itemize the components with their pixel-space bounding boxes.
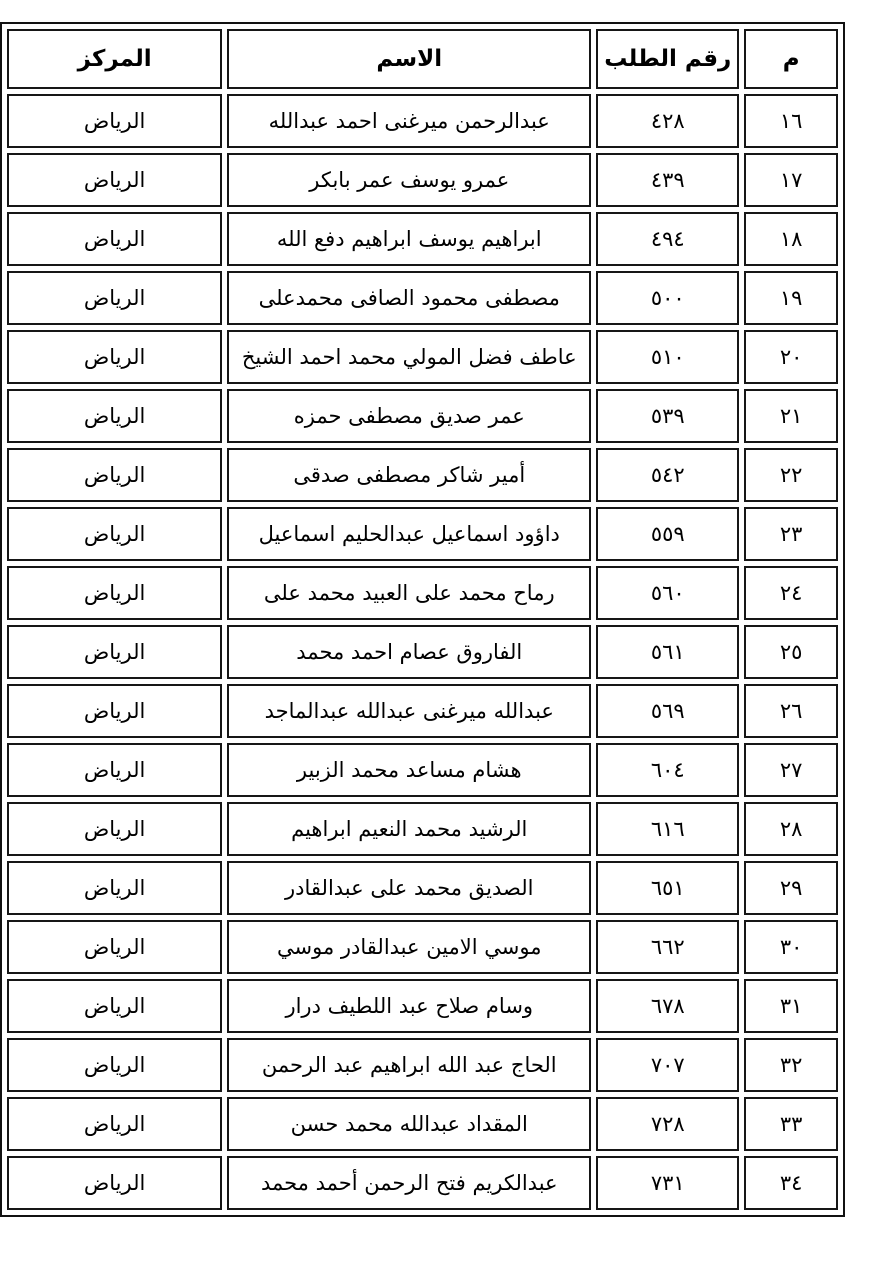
row-index-cell: ١٦ [744,94,838,148]
row-index-cell: ١٨ [744,212,838,266]
request-number-cell: ٥٣٩ [596,389,739,443]
name-cell: هشام مساعد محمد الزبير [227,743,591,797]
table-row: ٣١ ٦٧٨ وسام صلاح عبد اللطيف درار الرياض [7,979,838,1033]
header-request-number: رقم الطلب [596,29,739,89]
header-index: م [744,29,838,89]
request-number-cell: ٧٣١ [596,1156,739,1210]
row-index-cell: ١٩ [744,271,838,325]
row-index-cell: ٣٣ [744,1097,838,1151]
name-cell: عبدالكريم فتح الرحمن أحمد محمد [227,1156,591,1210]
request-number-cell: ٥٥٩ [596,507,739,561]
table-row: ٢٢ ٥٤٢ أمير شاكر مصطفى صدقى الرياض [7,448,838,502]
center-cell: الرياض [7,448,222,502]
center-cell: الرياض [7,1038,222,1092]
request-number-cell: ٧٢٨ [596,1097,739,1151]
center-cell: الرياض [7,212,222,266]
row-index-cell: ٣١ [744,979,838,1033]
row-index-cell: ٢٠ [744,330,838,384]
request-number-cell: ٦٦٢ [596,920,739,974]
row-index-cell: ٢٩ [744,861,838,915]
header-center: المركز [7,29,222,89]
table-row: ٢٦ ٥٦٩ عبدالله ميرغنى عبدالله عبدالماجد … [7,684,838,738]
center-cell: الرياض [7,271,222,325]
name-cell: الصديق محمد على عبدالقادر [227,861,591,915]
row-index-cell: ١٧ [744,153,838,207]
center-cell: الرياض [7,743,222,797]
center-cell: الرياض [7,684,222,738]
name-cell: رماح محمد على العبيد محمد على [227,566,591,620]
table-row: ٢٧ ٦٠٤ هشام مساعد محمد الزبير الرياض [7,743,838,797]
table-row: ٣٢ ٧٠٧ الحاج عبد الله ابراهيم عبد الرحمن… [7,1038,838,1092]
table-row: ٢٥ ٥٦١ الفاروق عصام احمد محمد الرياض [7,625,838,679]
center-cell: الرياض [7,1097,222,1151]
request-number-cell: ٦٠٤ [596,743,739,797]
table-row: ١٦ ٤٢٨ عبدالرحمن ميرغنى احمد عبدالله الر… [7,94,838,148]
table-header: م رقم الطلب الاسم المركز [7,29,838,89]
name-cell: داؤود اسماعيل عبدالحليم اسماعيل [227,507,591,561]
row-index-cell: ٢٢ [744,448,838,502]
table-row: ٣٣ ٧٢٨ المقداد عبدالله محمد حسن الرياض [7,1097,838,1151]
request-number-cell: ٦٥١ [596,861,739,915]
request-number-cell: ٥١٠ [596,330,739,384]
row-index-cell: ٢٦ [744,684,838,738]
row-index-cell: ٣٢ [744,1038,838,1092]
name-cell: الرشيد محمد النعيم ابراهيم [227,802,591,856]
header-name: الاسم [227,29,591,89]
name-cell: عمر صديق مصطفى حمزه [227,389,591,443]
center-cell: الرياض [7,920,222,974]
center-cell: الرياض [7,153,222,207]
request-number-cell: ٤٩٤ [596,212,739,266]
table-row: ٢٤ ٥٦٠ رماح محمد على العبيد محمد على الر… [7,566,838,620]
request-number-cell: ٦٧٨ [596,979,739,1033]
request-number-cell: ٥٦١ [596,625,739,679]
applicants-table: م رقم الطلب الاسم المركز ١٦ ٤٢٨ عبدالرحم… [0,22,845,1217]
center-cell: الرياض [7,861,222,915]
center-cell: الرياض [7,625,222,679]
center-cell: الرياض [7,566,222,620]
table-row: ٣٤ ٧٣١ عبدالكريم فتح الرحمن أحمد محمد ال… [7,1156,838,1210]
name-cell: عبدالله ميرغنى عبدالله عبدالماجد [227,684,591,738]
center-cell: الرياض [7,330,222,384]
document-page: م رقم الطلب الاسم المركز ١٦ ٤٢٨ عبدالرحم… [0,0,881,1265]
request-number-cell: ٥٦٩ [596,684,739,738]
center-cell: الرياض [7,507,222,561]
name-cell: الفاروق عصام احمد محمد [227,625,591,679]
row-index-cell: ٢٤ [744,566,838,620]
name-cell: وسام صلاح عبد اللطيف درار [227,979,591,1033]
center-cell: الرياض [7,1156,222,1210]
table-row: ٢٩ ٦٥١ الصديق محمد على عبدالقادر الرياض [7,861,838,915]
table-row: ١٨ ٤٩٤ ابراهيم يوسف ابراهيم دفع الله الر… [7,212,838,266]
request-number-cell: ٥٤٢ [596,448,739,502]
table-row: ١٩ ٥٠٠ مصطفى محمود الصافى محمدعلى الرياض [7,271,838,325]
row-index-cell: ٣٠ [744,920,838,974]
name-cell: الحاج عبد الله ابراهيم عبد الرحمن [227,1038,591,1092]
center-cell: الرياض [7,389,222,443]
center-cell: الرياض [7,802,222,856]
table-row: ٢٣ ٥٥٩ داؤود اسماعيل عبدالحليم اسماعيل ا… [7,507,838,561]
table-row: ٢٨ ٦١٦ الرشيد محمد النعيم ابراهيم الرياض [7,802,838,856]
request-number-cell: ٦١٦ [596,802,739,856]
row-index-cell: ٢٣ [744,507,838,561]
row-index-cell: ٢٨ [744,802,838,856]
name-cell: المقداد عبدالله محمد حسن [227,1097,591,1151]
name-cell: عمرو يوسف عمر بابكر [227,153,591,207]
table-row: ٢٠ ٥١٠ عاطف فضل المولي محمد احمد الشيخ ا… [7,330,838,384]
request-number-cell: ٧٠٧ [596,1038,739,1092]
header-row: م رقم الطلب الاسم المركز [7,29,838,89]
name-cell: عبدالرحمن ميرغنى احمد عبدالله [227,94,591,148]
table-row: ٣٠ ٦٦٢ موسي الامين عبدالقادر موسي الرياض [7,920,838,974]
table-row: ٢١ ٥٣٩ عمر صديق مصطفى حمزه الرياض [7,389,838,443]
row-index-cell: ٣٤ [744,1156,838,1210]
request-number-cell: ٥٠٠ [596,271,739,325]
request-number-cell: ٤٢٨ [596,94,739,148]
center-cell: الرياض [7,94,222,148]
table-row: ١٧ ٤٣٩ عمرو يوسف عمر بابكر الرياض [7,153,838,207]
name-cell: أمير شاكر مصطفى صدقى [227,448,591,502]
name-cell: موسي الامين عبدالقادر موسي [227,920,591,974]
name-cell: مصطفى محمود الصافى محمدعلى [227,271,591,325]
row-index-cell: ٢٥ [744,625,838,679]
row-index-cell: ٢١ [744,389,838,443]
center-cell: الرياض [7,979,222,1033]
row-index-cell: ٢٧ [744,743,838,797]
name-cell: عاطف فضل المولي محمد احمد الشيخ [227,330,591,384]
request-number-cell: ٤٣٩ [596,153,739,207]
table-body: ١٦ ٤٢٨ عبدالرحمن ميرغنى احمد عبدالله الر… [7,94,838,1210]
name-cell: ابراهيم يوسف ابراهيم دفع الله [227,212,591,266]
request-number-cell: ٥٦٠ [596,566,739,620]
